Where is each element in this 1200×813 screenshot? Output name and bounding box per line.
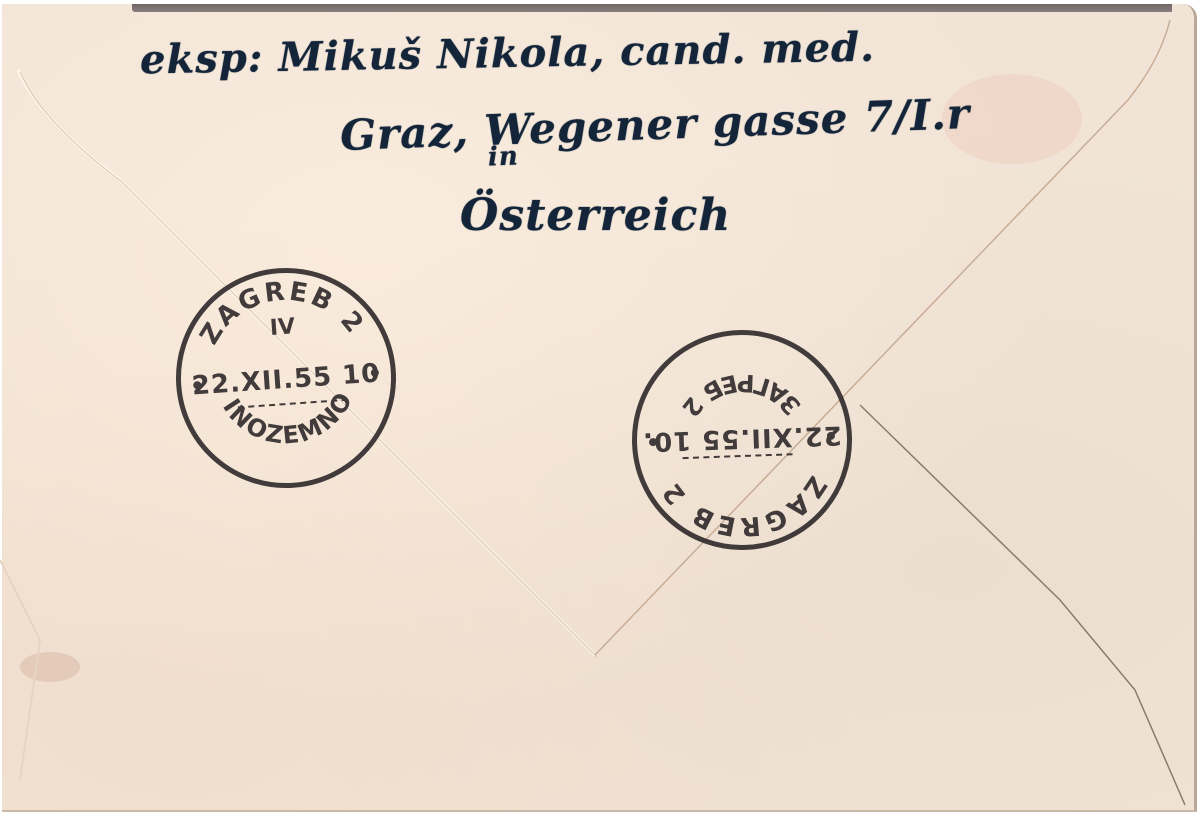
svg-text:ЗАГРЕБ 2: ЗАГРЕБ 2	[674, 366, 807, 424]
postmark-zagreb-inverted: ZAGREB 2 ЗАГРЕБ 2 22.XII.55 10.	[628, 326, 856, 554]
sender-country-line: Österreich	[460, 190, 731, 241]
postmark-top-text: ZAGREB 2	[655, 470, 834, 545]
svg-text:ZAGREB 2: ZAGREB 2	[655, 470, 834, 545]
sender-country-prefix: in	[487, 141, 519, 172]
postmark-bottom-text: ЗАГРЕБ 2	[674, 366, 807, 424]
postmark-zagreb-upright: ZAGREB 2 INOZEMNO IV 22.XII.55 10	[169, 261, 404, 496]
